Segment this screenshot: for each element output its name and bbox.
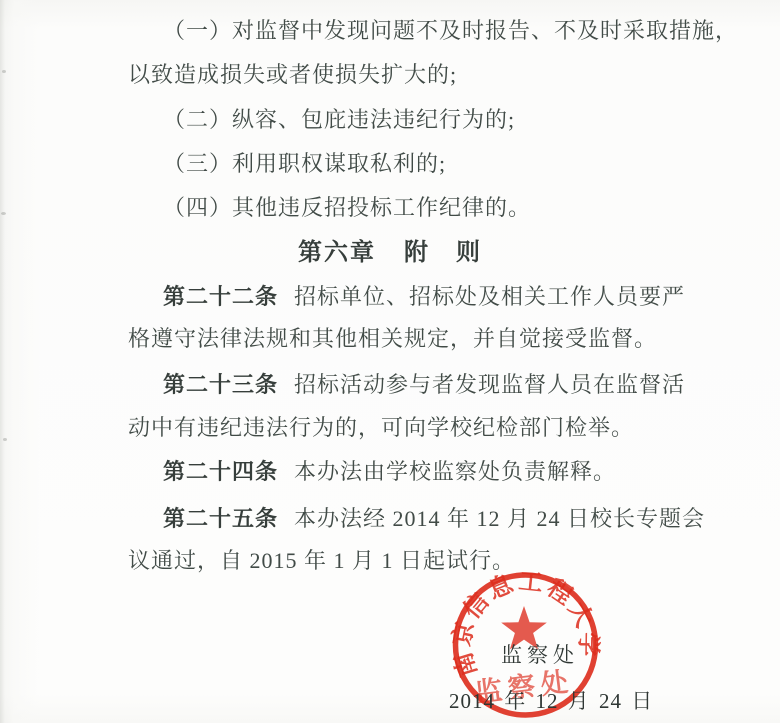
article-number: 第二十二条 — [163, 284, 278, 309]
line-text: 以致造成损失或者使损失扩大的; — [128, 62, 457, 87]
line-text: 本办法由学校监察处负责解释。 — [294, 459, 616, 484]
doc-line: （二）纵容、包庇违法违纪行为的; — [163, 103, 780, 135]
line-text: （四）其他违反招投标工作纪律的。 — [163, 195, 531, 220]
doc-line: （四）其他违反招投标工作纪律的。 — [163, 191, 780, 223]
line-text: 格遵守法律法规和其他相关规定，并自觉接受监督。 — [128, 326, 657, 351]
line-text: 动中有违纪违法行为的，可向学校纪检部门检举。 — [128, 415, 634, 440]
line-text: （二）纵容、包庇违法违纪行为的; — [163, 107, 515, 132]
scan-speck — [1, 212, 6, 215]
doc-line: （三）利用职权谋取私利的; — [163, 147, 780, 179]
line-text: 招标活动参与者发现监督人员在监督活 — [294, 372, 685, 397]
doc-line: 议通过，自 2015 年 1 月 1 日起试行。 — [128, 544, 748, 576]
doc-line: 以致造成损失或者使损失扩大的; — [128, 58, 748, 90]
chapter-heading: 第六章附 则 — [0, 232, 780, 267]
chapter-number: 第六章 — [298, 239, 376, 266]
line-text: 议通过，自 2015 年 1 月 1 日起试行。 — [128, 548, 515, 573]
scan-speck — [3, 438, 7, 441]
doc-line: 第二十五条本办法经 2014 年 12 月 24 日校长专题会 — [163, 502, 780, 534]
doc-line: 动中有违纪违法行为的，可向学校纪检部门检举。 — [128, 411, 748, 443]
scan-speck — [2, 70, 6, 73]
line-text: 本办法经 2014 年 12 月 24 日校长专题会 — [294, 506, 705, 531]
line-text: （三）利用职权谋取私利的; — [163, 151, 446, 176]
chapter-title: 附 则 — [404, 239, 482, 266]
article-number: 第二十四条 — [163, 459, 278, 484]
article-number: 第二十三条 — [163, 372, 278, 397]
document-page: （一）对监督中发现问题不及时报告、不及时采取措施， 以致造成损失或者使损失扩大的… — [0, 0, 780, 723]
doc-line: （一）对监督中发现问题不及时报告、不及时采取措施， — [163, 14, 780, 46]
article-number: 第二十五条 — [163, 506, 278, 531]
doc-line: 第二十二条招标单位、招标处及相关工作人员要严 — [163, 280, 780, 312]
line-text: 招标单位、招标处及相关工作人员要严 — [294, 284, 685, 309]
doc-line: 第二十三条招标活动参与者发现监督人员在监督活 — [163, 368, 780, 400]
doc-line: 第二十四条本办法由学校监察处负责解释。 — [163, 455, 780, 487]
doc-line: 格遵守法律法规和其他相关规定，并自觉接受监督。 — [128, 322, 748, 354]
line-text: （一）对监督中发现问题不及时报告、不及时采取措施， — [163, 18, 738, 43]
signature-date: 2014 年 12 月 24 日 — [449, 685, 653, 715]
signature-department: 监察处 — [501, 639, 579, 669]
